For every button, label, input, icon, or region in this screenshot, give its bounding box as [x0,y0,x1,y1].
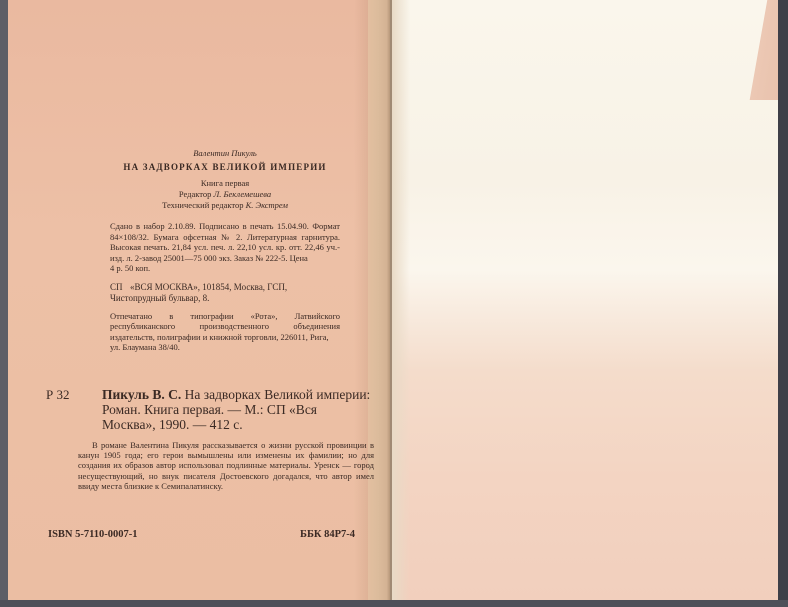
folded-corner [748,0,778,100]
publisher-label: СП [110,282,130,293]
printer-info: Отпечатано в типографии «Рота», Латвийск… [110,311,340,353]
bbk-code: ББК 84Р7-4 [300,529,355,540]
printer-text: Отпечатано в типографии «Рота», Латвийск… [110,311,340,342]
imprint-tech-editor: Технический редактор К. Экстрем [110,200,340,211]
tech-editor-label: Технический редактор [162,200,243,210]
imprint-author: Валентин Пикуль [110,148,340,159]
publisher-text: «ВСЯ МОСКВА», 101854, Москва, ГСП, Чисто… [110,282,287,303]
bib-author: Пикуль В. С. [102,387,181,402]
annotation: В романе Валентина Пикуля рассказывается… [78,440,374,491]
class-code: Р 32 [46,387,69,403]
editor-name: Л. Беклемешева [213,189,271,199]
printer-address: ул. Блаумана 38/40. [110,342,340,353]
imprint-block: Валентин Пикуль НА ЗАДВОРКАХ ВЕЛИКОЙ ИМП… [110,148,340,353]
tech-editor-name: К. Экстрем [246,200,288,210]
production-text: Сдано в набор 2.10.89. Подписано в печат… [110,221,340,263]
editor-label: Редактор [179,189,212,199]
right-page-blank [392,0,778,600]
book-spread: Валентин Пикуль НА ЗАДВОРКАХ ВЕЛИКОЙ ИМП… [0,0,788,607]
isbn: ISBN 5-7110-0007-1 [48,529,138,540]
book-spine [368,0,390,600]
bibliographic-entry: Пикуль В. С. На задворках Великой импери… [102,387,372,432]
imprint-title: НА ЗАДВОРКАХ ВЕЛИКОЙ ИМПЕРИИ [110,162,340,173]
imprint-editor: Редактор Л. Беклемешева [110,189,340,200]
price: 4 р. 50 коп. [110,263,340,274]
background-edge-right [778,0,788,600]
background-edge-bottom [0,600,788,607]
publisher-info: СП«ВСЯ МОСКВА», 101854, Москва, ГСП, Чис… [110,282,340,304]
production-info: Сдано в набор 2.10.89. Подписано в печат… [110,221,340,274]
imprint-book: Книга первая [110,178,340,189]
